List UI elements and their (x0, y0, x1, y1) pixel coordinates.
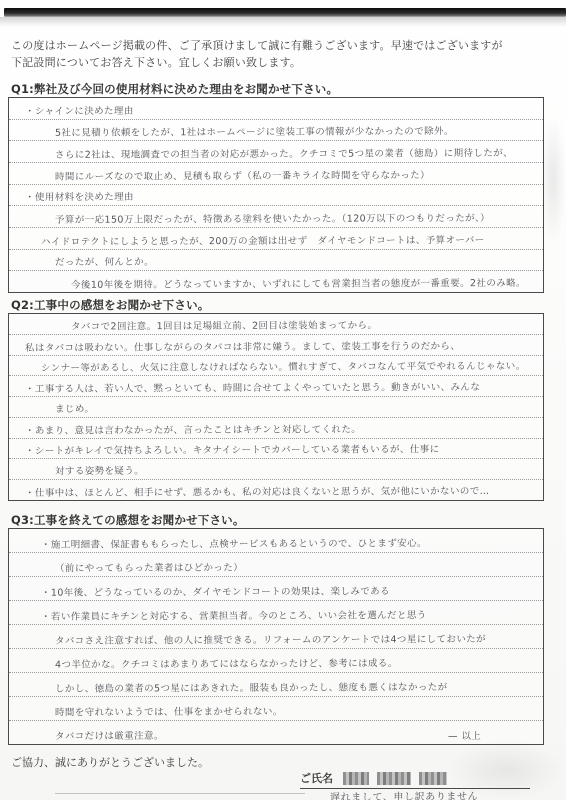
answer-line: 対する姿勢を疑う。 (9, 459, 543, 480)
thanks-text: ご協力、誠にありがとうございました。 (11, 754, 209, 770)
answer-line: 5社に見積り依頼をしたが、1社はホームページに塗装工事の情報が少なかったので除外… (9, 120, 543, 142)
answer-line: さらに2社は、現地調査での担当者の対応が悪かった。クチコミで5つ星の業者（徳島）… (9, 141, 543, 163)
handwritten-text: タバコさえ注意すれば、他の人に推奨できる。リフォームのアンケートでは4つ星にして… (9, 631, 486, 649)
answer-line: シンナー等があるし、火気に注意しなければならない。慣れすぎて、タバコなんて平気で… (9, 356, 543, 377)
answer-line: 私はタバコは吸わない。仕事しながらのタバコは非常に嫌う。まして、塗装工事を行うの… (9, 335, 543, 356)
intro-line-2: 下記設問についてお答え下さい。宜しくお願い致します。 (11, 56, 301, 69)
handwritten-text: ハイドロテクトにしようと思ったが、200万の金額は出せず ダイヤモンドコートは、… (9, 232, 485, 250)
handwritten-text: 今後10年後を期待。どうなっていますか、いずれにしても営業担当者の態度が一番重要… (9, 275, 526, 292)
answer-line: ・施工明細書、保証書ももらったし、点検サービスもあるというので、ひとまず安心。 (9, 529, 543, 553)
answer-line: まじめ。 (9, 397, 543, 418)
answer-line: タバコさえ注意すれば、他の人に推奨できる。リフォームのアンケートでは4つ星にして… (9, 625, 543, 649)
q1-answer-box: ・シャインに決めた理由 5社に見積り依頼をしたが、1社はホームページに塗装工事の… (8, 97, 544, 293)
handwritten-text: ・施工明細書、保証書ももらったし、点検サービスもあるというので、ひとまず安心。 (9, 535, 427, 553)
handwritten-text: 対する姿勢を疑う。 (9, 463, 144, 480)
handwritten-text: 時間を守れないようでは、仕事をまかせられない。 (9, 703, 283, 720)
answer-line: しかし、徳島の業者の5つ星にはあきれた。服装も良かったし、態度も悪くはなかったが (9, 673, 543, 697)
handwritten-text: ・あまり、意見は言わなかったが、言ったことはキチンと対応してくれた。 (9, 421, 361, 439)
handwritten-text: シンナー等があるし、火気に注意しなければならない。慣れすぎて、タバコなんて平気で… (9, 358, 526, 376)
q1-label: Q1:弊社及び今回の使用材料に決めた理由をお聞かせ下さい。 (11, 81, 338, 97)
intro-line-1: この度はホームページ掲載の件、ご了承頂けまして誠に有難うございます。早速ではござ… (11, 39, 503, 52)
redacted-name-mosaic (343, 772, 447, 788)
handwritten-text: ・工事する人は、若い人で、黙っといても、時間に合せてよくやっていたと思う。動きが… (9, 379, 480, 397)
handwritten-text: ・若い作業員にキチンと対応する、営業担当者。今のところ、いい会社を選んだと思う (9, 607, 427, 625)
q2-answer-box: タバコで2回注意。1回目は足場組立前、2回目は塗装始まってから。 私はタバコは吸… (8, 313, 544, 501)
answer-line: ・シートがキレイで気持ちよろしい。キタナイシートでカバーしている業者もいるが、仕… (9, 439, 543, 460)
scan-edge-artifact (4, 8, 566, 17)
handwritten-text: 予算が一応150万上限だったが、特徴ある塗料を使いたかった。（120万以下のつも… (9, 210, 490, 228)
handwritten-text: 私はタバコは吸わない。仕事しながらのタバコは非常に嫌う。まして、塗装工事を行うの… (9, 338, 460, 356)
answer-line: 4つ半位かな。クチコミはあまりあてにはならなかったけど、参考には成る。 (9, 649, 543, 673)
answer-line: ・使用材料を決めた理由 (9, 185, 543, 207)
answer-line: だったが、何んとか。 (9, 250, 543, 272)
scan-edge-shadow (0, 17, 566, 27)
intro-text: この度はホームページ掲載の件、ご了承頂けまして誠に有難うございます。早速ではござ… (11, 38, 556, 71)
answer-line: 今後10年後を期待。どうなっていますか、いずれにしても営業担当者の態度が一番重要… (9, 271, 543, 292)
handwritten-text: まじめ。 (9, 401, 94, 417)
answer-line: タバコだけは厳重注意。 — 以上 (9, 721, 543, 744)
name-label: ご氏名 (300, 770, 333, 788)
answer-line: 時間にルーズなので取止め、見積も取らず（私の一番キライな時間を守らなかった） (9, 163, 543, 185)
answer-line: ハイドロテクトにしようと思ったが、200万の金額は出せず ダイヤモンドコートは、… (9, 228, 543, 250)
handwritten-text: ・シャインに決めた理由 (9, 102, 134, 119)
handwritten-text: ・仕事中は、ほとんど、相手にせず、悪るかも、私の対応は良くないと思うが、気が他に… (9, 483, 490, 500)
answer-line: 予算が一応150万上限だったが、特徴ある塗料を使いたかった。（120万以下のつも… (9, 206, 543, 228)
answer-line: 時間を守れないようでは、仕事をまかせられない。 (9, 697, 543, 721)
handwritten-text: 時間にルーズなので取止め、見積も取らず（私の一番キライな時間を守らなかった） (9, 167, 430, 185)
handwritten-text: だったが、何んとか。 (9, 254, 154, 271)
mosaic-block (377, 772, 411, 785)
answer-line: ・あまり、意見は言わなかったが、言ったことはキチンと対応してくれた。 (9, 418, 543, 439)
answer-line: ・工事する人は、若い人で、黙っといても、時間に合せてよくやっていたと思う。動きが… (9, 376, 543, 397)
name-field: ご氏名 (300, 766, 530, 789)
answer-line: タバコで2回注意。1回目は足場組立前、2回目は塗装始まってから。 (9, 314, 543, 335)
answer-line: ・10年後、どうなっているのか、ダイヤモンドコートの効果は、楽しみである (9, 577, 543, 601)
scan-line-artifact (55, 793, 305, 794)
handwritten-closing: — 以上 (448, 728, 481, 744)
answer-line: ・若い作業員にキチンと対応する、営業担当者。今のところ、いい会社を選んだと思う (9, 601, 543, 625)
handwritten-text: ・使用材料を決めた理由 (9, 189, 134, 206)
handwritten-text: ・シートがキレイで気持ちよろしい。キタナイシートでカバーしている業者もいるが、仕… (9, 442, 440, 460)
handwritten-text: タバコで2回注意。1回目は足場組立前、2回目は塗装始まってから。 (9, 317, 377, 335)
handwritten-text: ・10年後、どうなっているのか、ダイヤモンドコートの効果は、楽しみである (9, 583, 390, 601)
q2-label: Q2:工事中の感想をお聞かせ下さい。 (11, 297, 209, 313)
handwritten-text: （前にやってもらった業者はひどかった） (9, 559, 243, 576)
q3-answer-box: ・施工明細書、保証書ももらったし、点検サービスもあるというので、ひとまず安心。 … (8, 528, 544, 745)
answer-line: ・シャインに決めた理由 (9, 98, 543, 120)
handwritten-text: しかし、徳島の業者の5つ星にはあきれた。服装も良かったし、態度も悪くはなかったが (9, 679, 448, 697)
handwritten-text: さらに2社は、現地調査での担当者の対応が悪かった。クチコミで5つ星の業者（徳島）… (9, 145, 513, 163)
handwritten-apology-note: 遅れまして、申し訳ありません (330, 787, 478, 800)
handwritten-text: 4つ半位かな。クチコミはあまりあてにはならなかったけど、参考には成る。 (9, 655, 398, 673)
q3-label: Q3:工事を終えての感想をお聞かせ下さい。 (11, 512, 245, 528)
answer-line: （前にやってもらった業者はひどかった） (9, 553, 543, 577)
mosaic-block (343, 772, 369, 785)
answer-line: ・仕事中は、ほとんど、相手にせず、悪るかも、私の対応は良くないと思うが、気が他に… (9, 480, 543, 500)
handwritten-text: タバコだけは厳重注意。 (9, 728, 164, 744)
handwritten-text: 5社に見積り依頼をしたが、1社はホームページに塗装工事の情報が少なかったので除外… (9, 123, 454, 141)
mosaic-block (419, 772, 447, 785)
scanned-survey-page: この度はホームページ掲載の件、ご了承頂けまして誠に有難うございます。早速ではござ… (0, 0, 566, 800)
